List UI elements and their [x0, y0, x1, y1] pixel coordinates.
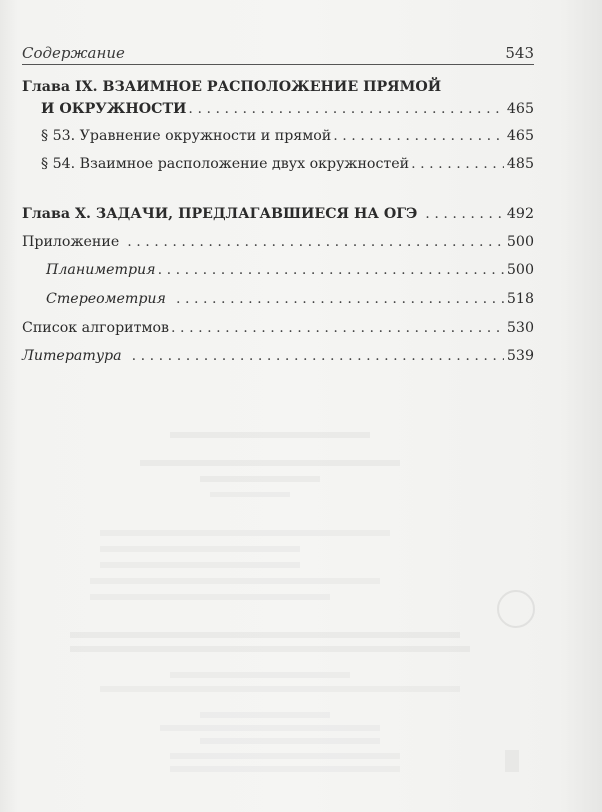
- leader-dots: [158, 261, 504, 279]
- page-ref: 518: [507, 290, 534, 308]
- toc-entry-section-53[interactable]: § 53. Уравнение окружности и прямой 465: [22, 127, 534, 145]
- page-ref: 492: [507, 205, 534, 223]
- running-title: Содержание: [22, 44, 125, 62]
- section-label: § 54. Взаимное расположение двух окружно…: [41, 155, 409, 173]
- algorithms-label: Список алгоритмов: [22, 319, 169, 337]
- show-through-texture: [0, 420, 602, 812]
- chapter-10-title: Глава X. ЗАДАЧИ, ПРЕДЛАГАВШИЕСЯ НА ОГЭ: [22, 205, 417, 223]
- leader-dots: [176, 290, 504, 308]
- toc-entry-chapter-10[interactable]: Глава X. ЗАДАЧИ, ПРЕДЛАГАВШИЕСЯ НА ОГЭ 4…: [22, 205, 534, 223]
- stereometry-label: Стереометрия: [46, 290, 166, 308]
- running-header: Содержание 543: [22, 40, 534, 65]
- leader-dots: [425, 205, 504, 223]
- toc-entry-literature[interactable]: Литература 539: [22, 347, 534, 365]
- literature-label: Литература: [22, 347, 122, 365]
- toc-entry-chapter-9[interactable]: И ОКРУЖНОСТИ 465: [22, 100, 534, 118]
- page-ref: 465: [507, 127, 534, 145]
- toc-entry-stereometry[interactable]: Стереометрия 518: [22, 290, 534, 308]
- leader-dots: [132, 347, 504, 365]
- leader-dots: [411, 155, 504, 173]
- toc-entry-planimetry[interactable]: Планиметрия 500: [22, 261, 534, 279]
- leader-dots: [171, 319, 504, 337]
- page-ref: 485: [507, 155, 534, 173]
- chapter-9-title-line2: И ОКРУЖНОСТИ: [41, 100, 186, 118]
- page-ref: 530: [507, 319, 534, 337]
- section-label: § 53. Уравнение окружности и прямой: [41, 127, 331, 145]
- toc-entry-appendix[interactable]: Приложение 500: [22, 233, 534, 251]
- appendix-label: Приложение: [22, 233, 119, 251]
- page-ref: 465: [507, 100, 534, 118]
- page-ref: 539: [507, 347, 534, 365]
- planimetry-label: Планиметрия: [46, 261, 156, 279]
- page-ref: 500: [507, 233, 534, 251]
- leader-dots: [127, 233, 504, 251]
- chapter-9-title-line1: Глава IX. ВЗАИМНОЕ РАСПОЛОЖЕНИЕ ПРЯМОЙ: [22, 78, 441, 96]
- page-number: 543: [505, 44, 534, 62]
- toc-entry-algorithms[interactable]: Список алгоритмов 530: [22, 319, 534, 337]
- toc-entry-section-54[interactable]: § 54. Взаимное расположение двух окружно…: [22, 155, 534, 173]
- leader-dots: [333, 127, 504, 145]
- page-ref: 500: [507, 261, 534, 279]
- leader-dots: [188, 100, 503, 118]
